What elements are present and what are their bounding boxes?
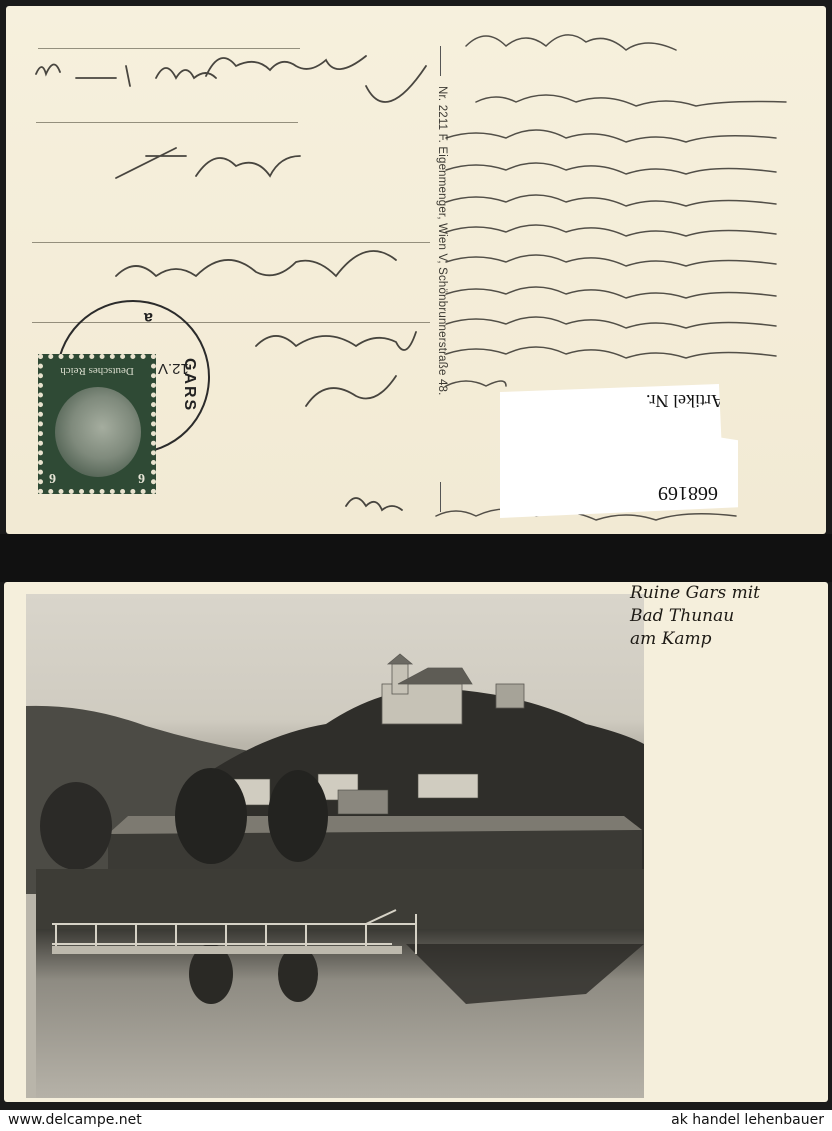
portrait-icon xyxy=(55,387,141,477)
stamp-area: a GARS 12.V Deutsches Reich 6 6 xyxy=(34,298,214,508)
landscape-photo xyxy=(26,594,644,1098)
photo-caption: Ruine Gars mit Bad Thunau am Kamp xyxy=(630,582,760,651)
postage-stamp: Deutsches Reich 6 6 xyxy=(38,354,156,494)
caption-line: Ruine Gars mit xyxy=(630,582,760,605)
stamp-value: 6 xyxy=(138,469,145,485)
label-title: Artikel Nr. xyxy=(646,390,724,411)
postcard-front xyxy=(4,582,828,1102)
seller-watermark: ak handel lehenbauer xyxy=(671,1112,824,1128)
postmark-date: 12.V xyxy=(158,360,189,377)
caption-line: am Kamp xyxy=(630,628,760,651)
postcard-back: Nr. 2211 F. Eigenmenger, Wien V, Schönbr… xyxy=(6,6,826,534)
article-number: 668169 xyxy=(658,481,718,504)
torn-edge-gap xyxy=(0,534,832,582)
postmark-letter: a xyxy=(144,308,153,326)
photo xyxy=(26,594,644,1098)
site-watermark: www.delcampe.net xyxy=(8,1112,142,1128)
article-label: Artikel Nr. 668169 xyxy=(500,384,738,518)
stamp-value: 6 xyxy=(49,469,56,485)
stamp-title: Deutsches Reich xyxy=(43,365,151,377)
watermark-footer: www.delcampe.net ak handel lehenbauer xyxy=(0,1110,832,1131)
caption-line: Bad Thunau xyxy=(630,605,760,628)
